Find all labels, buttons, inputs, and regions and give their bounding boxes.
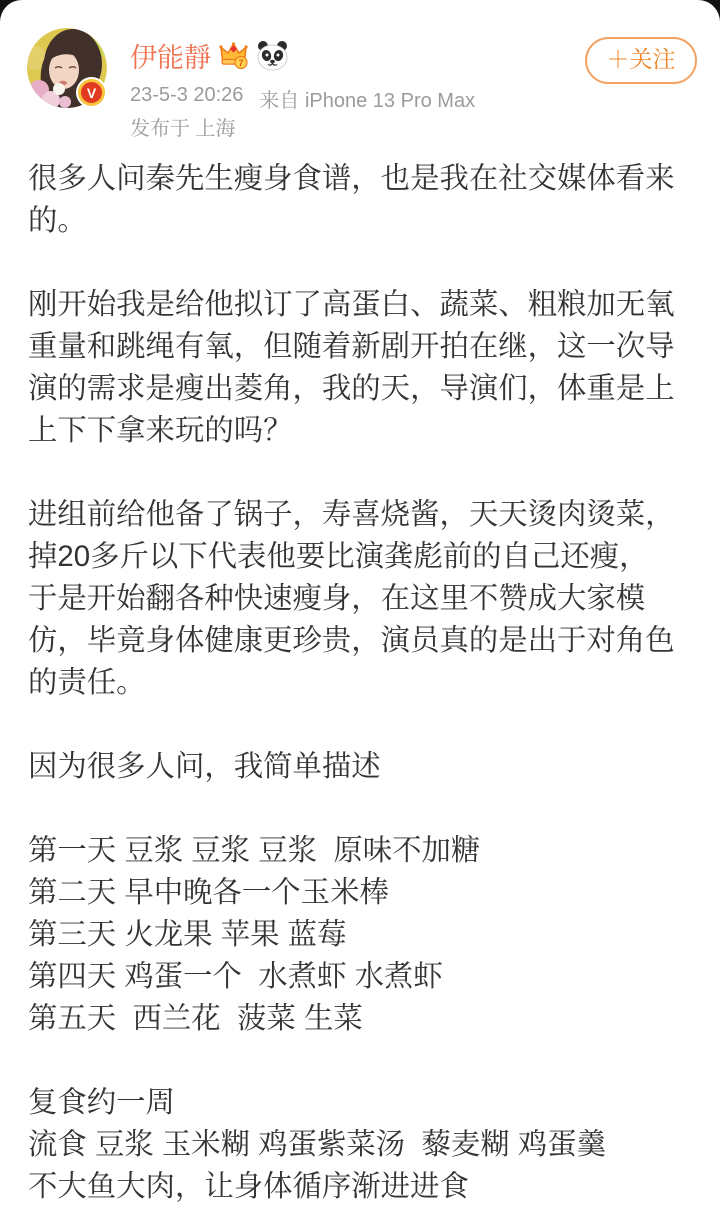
vip-level-number: 7 [238, 58, 243, 68]
vip-crown-icon: 7 [218, 40, 249, 70]
username[interactable]: 伊能靜 [130, 36, 211, 75]
verified-letter: V [87, 86, 96, 100]
post-location: 发布于 上海 [130, 112, 236, 141]
post-meta: 23-5-3 20:26 来自 iPhone 13 Pro Max [130, 84, 475, 113]
weibo-post-card: V 伊能靜 7 [0, 0, 720, 1228]
name-row: 伊能靜 7 [130, 38, 289, 72]
post-body: 很多人问秦先生瘦身食谱，也是我在社交媒体看来 的。 刚开始我是给他拟订了高蛋白、… [0, 158, 720, 1208]
verified-badge-icon: V [78, 79, 105, 106]
post-header: V 伊能靜 7 [0, 0, 720, 158]
source-device: 来自 iPhone 13 Pro Max [259, 84, 475, 113]
timestamp: 23-5-3 20:26 [130, 84, 243, 113]
follow-button[interactable]: ＋关注 [585, 37, 697, 84]
avatar[interactable]: V [27, 28, 107, 108]
panda-icon [256, 40, 289, 71]
